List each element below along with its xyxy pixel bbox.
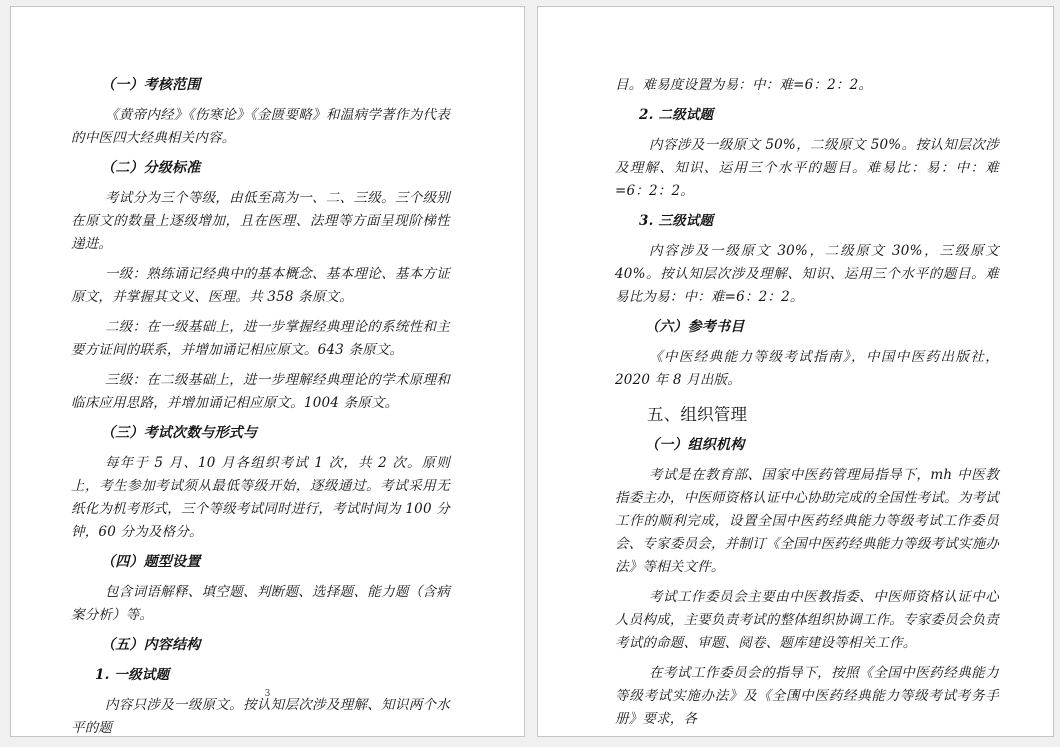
page-content: （一）考核范围《黄帝内经》《伤寒论》《金匮要略》和温病学著作为代表的中医四大经典… [71,67,450,747]
paragraph: 三级：在二级基础上，进一步理解经典理论的学术原理和临床应用思路，并增加诵记相应原… [71,369,450,415]
paragraph: 《黄帝内经》《伤寒论》《金匮要略》和温病学著作为代表的中医四大经典相关内容。 [71,104,450,150]
document-page-right[interactable]: 目。难易度设置为易：中：难=6：2：2。2. 二级试题内容涉及一级原文 50%，… [537,6,1054,737]
chapter-heading: 五、组织管理 [615,403,999,427]
paragraph: 内容涉及一级原文 50%，二级原文 50%。按认知层次涉及理解、知识、运用三个水… [615,134,999,203]
paragraph: 内容只涉及一级原文。按认知层次涉及理解、知识两个水平的题 [71,694,450,740]
section-heading: （一）组织机构 [615,434,999,457]
paragraph: 包含词语解释、填空题、判断题、选择题、能力题（含病案分析）等。 [71,581,450,627]
section-heading: （三）考试次数与形式与 [71,422,450,445]
paragraph: 考试分为三个等级，由低至高为一、二、三级。三个级别在原文的数量上逐级增加，且在医… [71,187,450,256]
paragraph: 内容涉及一级原文 30%，二级原文 30%，三级原文 40%。按认知层次涉及理解… [615,240,999,309]
paragraph: 考试是在教育部、国家中医药管理局指导下，mh 中医教指委主办，中医师资格认证中心… [615,464,999,579]
page-number: 4 [538,688,1053,700]
paragraph: 每年于 5 月、10 月各组织考试 1 次，共 2 次。原则上，考生参加考试须从… [71,452,450,544]
numbered-subheading: 1. 一级试题 [71,664,450,687]
section-heading: （二）分级标准 [71,157,450,180]
section-heading: （一）考核范围 [71,74,450,97]
paragraph: 一级：熟练诵记经典中的基本概念、基本理论、基本方证原文，并掌握其文义、医理。共 … [71,263,450,309]
paragraph: 《中医经典能力等级考试指南》，中国中医药出版社，2020 年 8 月出版。 [615,346,999,392]
document-viewport[interactable]: （一）考核范围《黄帝内经》《伤寒论》《金匮要略》和温病学著作为代表的中医四大经典… [0,0,1060,747]
page-content: 目。难易度设置为易：中：难=6：2：2。2. 二级试题内容涉及一级原文 50%，… [615,67,999,738]
paragraph: 二级：在一级基础上，进一步掌握经典理论的系统性和主要方证间的联系，并增加诵记相应… [71,316,450,362]
section-heading: （五）内容结构 [71,634,450,657]
document-page-left[interactable]: （一）考核范围《黄帝内经》《伤寒论》《金匮要略》和温病学著作为代表的中医四大经典… [10,6,525,737]
numbered-subheading: 2. 二级试题 [615,104,999,127]
paragraph: 考试工作委员会主要由中医教指委、中医师资格认证中心人员构成，主要负责考试的整体组… [615,586,999,655]
numbered-subheading: 3. 三级试题 [615,210,999,233]
paragraph-continuation: 目。难易度设置为易：中：难=6：2：2。 [615,74,999,97]
section-heading: （四）题型设置 [71,551,450,574]
page-number: 3 [11,688,524,700]
section-heading: （六）参考书目 [615,316,999,339]
